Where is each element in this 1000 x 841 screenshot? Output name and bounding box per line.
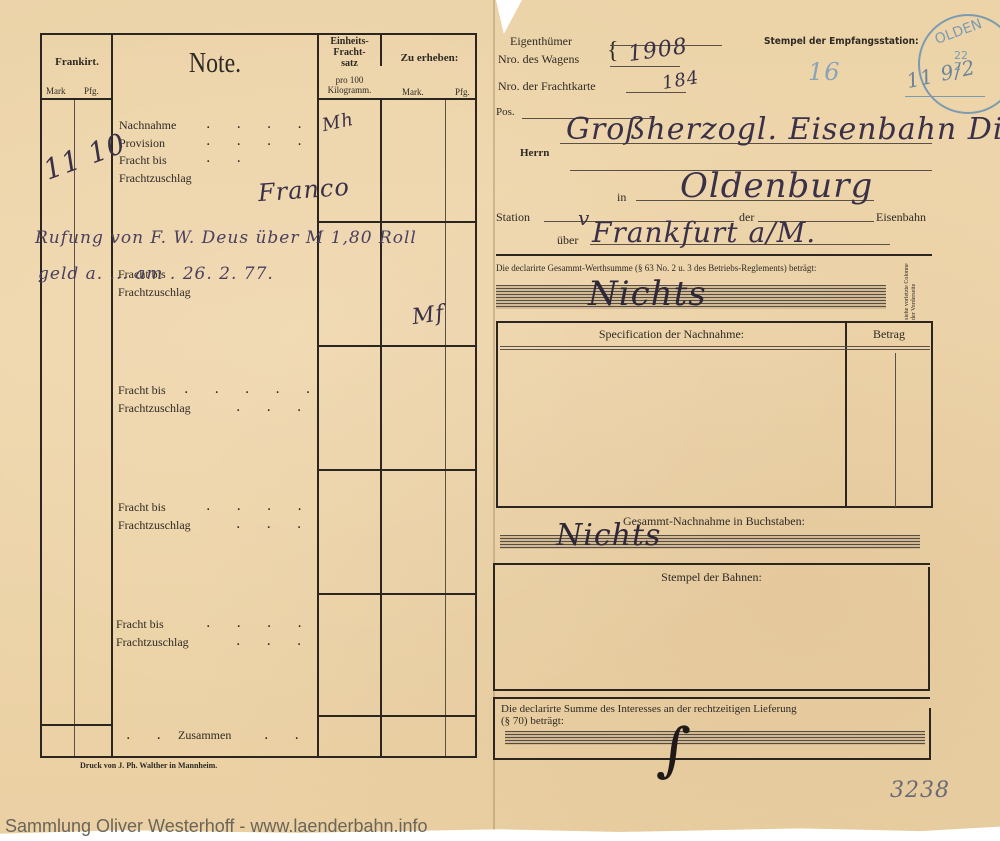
handwritten-note-line-2: geld a. ... am . 26. 2. 77. — [38, 264, 274, 284]
erheben-mark-header: Mark. — [402, 87, 424, 97]
herrn-label: Herrn — [520, 147, 549, 159]
handwritten-archive-number: 3238 — [890, 778, 950, 803]
delivery-interest-field — [505, 731, 925, 745]
handwritten-note-line-1: Rufung von F. W. Deus über M 1,80 Roll — [35, 228, 417, 248]
railway-stamps-label: Stempel der Bahnen: — [493, 570, 930, 585]
frankirt-mark-header: Mark — [46, 86, 66, 96]
delivery-interest-label: Die declarirte Summe des Interesses an d… — [501, 703, 797, 727]
handwritten-franco: Franco — [257, 173, 351, 207]
eigenthuemer-label: Eigenthümer — [510, 34, 572, 49]
handwritten-frankirt-amount: 11 10 — [39, 126, 130, 186]
paper-tear — [496, 0, 522, 34]
handwritten-waybill-number: 184 — [660, 67, 700, 94]
einheits-frachtsatz-header: Einheits- Fracht- satz — [319, 36, 380, 69]
ueber-label: über — [557, 233, 578, 248]
zu-erheben-header: Zu erheben: — [382, 52, 477, 64]
handwritten-number-16: 16 — [808, 58, 841, 86]
frankirt-pfg-header: Pfg. — [84, 86, 99, 96]
pos-label: Pos. — [496, 106, 515, 118]
in-label: in — [617, 190, 626, 205]
freight-document: Frankirt. Mark Pfg. Note. Einheits- Frac… — [0, 0, 1000, 841]
handwritten-initials: Mf — [410, 301, 446, 330]
side-note: siehe vorletzte Colonne der Vorderseite — [904, 262, 932, 320]
erheben-pfg-header: Pfg. — [455, 87, 470, 97]
note-title: Note. — [128, 48, 301, 80]
handwritten-station-mark: v — [578, 206, 590, 230]
collection-watermark: Sammlung Oliver Westerhoff - www.laender… — [5, 816, 428, 837]
betrag-header: Betrag — [847, 327, 931, 342]
handwritten-rate: Mh — [320, 109, 356, 136]
station-label: Station — [496, 210, 530, 225]
handwritten-declared-value: Nichts — [588, 274, 707, 314]
handwritten-city: Oldenburg — [680, 166, 873, 206]
handwritten-recipient: Großherzogl. Eisenbahn Direction — [566, 112, 1000, 147]
wagen-number-label: Nro. des Wagens — [498, 52, 579, 67]
printer-imprint: Druck von J. Ph. Walther in Mannheim. — [80, 761, 217, 770]
charges-block-5: Fracht bis Frachtzuschlag — [116, 616, 189, 651]
frankirt-header: Frankirt. — [42, 56, 112, 68]
declared-value-label: Die declarirte Gesammt-Werthsumme (§ 63 … — [496, 263, 816, 273]
eisenbahn-label: Eisenbahn — [876, 210, 926, 225]
frachtkarte-number-label: Nro. der Frachtkarte — [498, 79, 596, 94]
charges-block-4: Fracht bis Frachtzuschlag — [118, 499, 191, 534]
charges-block-1: Nachnahme Provision Fracht bis Frachtzus… — [119, 117, 192, 187]
handwritten-via: Frankfurt a/M. — [592, 216, 816, 249]
handwritten-wagon-number: 1908 — [627, 34, 690, 67]
handwritten-strike-mark: ∫ — [655, 714, 693, 787]
spec-header: Specification der Nachnahme: — [498, 327, 845, 342]
total-label: Zusammen — [178, 728, 231, 743]
receiving-station-stamp-label: Stempel der Empfangsstation: — [764, 36, 919, 47]
pro-100-kg-label: pro 100 Kilogramm. — [319, 75, 380, 95]
handwritten-total-cod: Nichts — [556, 518, 661, 553]
charges-block-3: Fracht bis Frachtzuschlag — [118, 382, 191, 417]
